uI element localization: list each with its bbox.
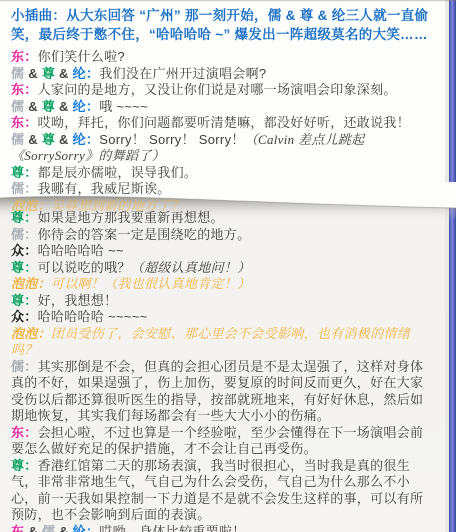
dialogue-block-above-curl: 小插曲：从大东回答 “广州” 那一刻开始，儒 & 尊 & 纶三人就一直偷笑，最后… [11,6,436,214]
speaker-label: 尊 [42,132,55,147]
speaker-label: 尊： [11,260,38,275]
dialogue-text: Sorry！ Sorry！ Sorry！ [99,132,244,147]
dialogue-text: 香港红馆第二天的那场表演，我当时很担心，当时我是真的很生气，非常非常地生气，气自… [11,458,423,523]
dialogue-text: 哈哈哈哈哈 ~~ [38,243,124,258]
dialogue-line: 尊：好，我想想！ [11,293,436,310]
dialogue-line: 东：人家问的是地方，又没让你们说是对哪一场演唱会印象深刻。 [11,82,436,99]
dialogue-text: 我们没在广州开过演唱会啊? [99,66,266,81]
speaker-label: 东： [11,425,38,440]
dialogue-text: 你待会的答案一定是围绕吃的地方。 [38,227,251,242]
speaker-label: 尊： [11,210,38,225]
speaker-label: & [55,66,73,81]
speaker-label: 泡泡： [11,276,51,291]
dialogue-text: 可以说吃的哦？ [38,260,131,275]
speaker-label: 尊： [11,458,38,473]
dialogue-text: 会担心啦，不过也算是一个经验啦，至少会懂得在下一场演唱会前要怎么做好充足的保护措… [11,425,423,457]
speaker-label: 尊： [11,165,38,180]
dialogue-text: 哎呦，身体比较重要啦！ [99,524,245,532]
dialogue-line: 东：会担心啦，不过也算是一个经验啦，至少会懂得在下一场演唱会前要怎么做好充足的保… [11,425,436,458]
speaker-label: 纶： [73,66,100,81]
speaker-label: & [24,66,42,81]
dialogue-line: 儒 & 尊 & 纶：哦 ~~~~ [11,99,436,116]
dialogue-lines-below: 尊：如果是地方那我要重新再想想。儒：你待会的答案一定是围绕吃的地方。众：哈哈哈哈… [11,210,436,532]
scrollbar[interactable] [449,0,456,532]
speaker-label: 儒： [11,227,38,242]
speaker-label: 东 [11,524,24,532]
dialogue-text: 我哪有，我威尼斯诶。 [38,181,171,196]
speaker-label: 儒： [11,181,38,196]
speaker-label: 儒 [11,99,24,114]
dialogue-line: 儒：其实那倒是不会，但真的会担心团员是不是太逞强了，这样对身体真的不好，如果逞强… [11,359,436,425]
speaker-label: 众： [11,243,38,258]
dialogue-line: 东：你们笑什么啦? [11,49,436,66]
speaker-label: 儒 [42,524,55,532]
speaker-label: & [55,99,73,114]
dialogue-line: 尊：可以说吃的哦？（超级认真地问！） [11,260,436,277]
dialogue-line: 尊：都是辰亦儒啦，误导我们。 [11,165,436,182]
scan-top-edge [0,0,456,2]
speaker-label: 东： [11,115,38,130]
dialogue-line: 儒：你待会的答案一定是围绕吃的地方。 [11,227,436,244]
speaker-label: 尊 [42,99,55,114]
dialogue-text: 可以啊！（我也很认真地肯定！） [51,276,251,291]
speaker-label: & [24,524,42,532]
dialogue-text: 其实那倒是不会，但真的会担心团员是不是太逞强了，这样对身体真的不好，如果逞强了，… [11,359,423,424]
dialogue-line: 儒 & 尊 & 纶：Sorry！ Sorry！ Sorry！（Calvin 差点… [11,132,436,165]
speaker-label: & [24,132,42,147]
speaker-label: & [24,99,42,114]
dialogue-line: 尊：如果是地方那我要重新再想想。 [11,210,436,227]
speaker-label: 纶： [73,524,100,532]
speaker-label: & [55,132,73,147]
dialogue-text: 哦 ~~~~ [99,99,148,114]
dialogue-line: 众：哈哈哈哈哈 ~~ [11,243,436,260]
speaker-label: & [55,524,73,532]
dialogue-text: 都是辰亦儒啦，误导我们。 [38,165,198,180]
dialogue-line: 东：哎呦，拜托，你们问题都要听清楚嘛，都没好好听，还敢说我！ [11,115,436,132]
speaker-label: 众： [11,309,38,324]
dialogue-text: 哈哈哈哈哈 ~~~~~ [38,309,148,324]
speaker-label: 尊 [42,66,55,81]
dialogue-line: 儒：我哪有，我威尼斯诶。 [11,181,436,198]
dialogue-line: 泡泡：团员受伤了，会安慰、那心里会不会受影响，也有消极的情绪吗？ [11,326,436,359]
dialogue-line: 东 & 儒 & 纶：哎呦，身体比较重要啦！ [11,524,436,532]
dialogue-block-below-curl: 尊：如果是地方那我要重新再想想。儒：你待会的答案一定是围绕吃的地方。众：哈哈哈哈… [11,210,436,532]
dialogue-text: 团员受伤了，会安慰、那心里会不会受影响，也有消极的情绪吗？ [11,326,410,358]
dialogue-text: 哎呦，拜托，你们问题都要听清楚嘛，都没好好听，还敢说我！ [38,115,410,130]
speaker-label: 纶： [73,132,100,147]
speaker-label: 纶： [73,99,100,114]
speaker-label: 尊： [11,293,38,308]
speaker-label: 东： [11,82,38,97]
speaker-label: 儒： [11,359,38,374]
page-title: 小插曲：从大东回答 “广州” 那一刻开始，儒 & 尊 & 纶三人就一直偷笑，最后… [11,6,436,44]
dialogue-text: 好，我想想！ [38,293,118,308]
dialogue-text: 人家问的是地方，又没让你们说是对哪一场演唱会印象深刻。 [38,82,397,97]
dialogue-text: 你们笑什么啦? [38,49,125,64]
dialogue-line: 众：哈哈哈哈哈 ~~~~~ [11,309,436,326]
dialogue-line: 尊：香港红馆第二天的那场表演，我当时很担心，当时我是真的很生气，非常非常地生气，… [11,458,436,524]
speaker-label: 泡泡： [11,326,51,341]
dialogue-line: 儒 & 尊 & 纶：我们没在广州开过演唱会啊? [11,66,436,83]
dialogue-text: 如果是地方那我要重新再想想。 [38,210,224,225]
dialogue-line: 泡泡：可以啊！（我也很认真地肯定！） [11,276,436,293]
scanned-page: { "page": { "title": "小插曲：从大东回答 “广州” 那一刻… [0,0,456,532]
dialogue-lines-above: 东：你们笑什么啦?儒 & 尊 & 纶：我们没在广州开过演唱会啊?东：人家问的是地… [11,49,436,214]
speaker-label: 儒 [11,66,24,81]
speaker-label: 东： [11,49,38,64]
speaker-label: 儒 [11,132,24,147]
dialogue-text: （超级认真地问！） [131,260,251,275]
